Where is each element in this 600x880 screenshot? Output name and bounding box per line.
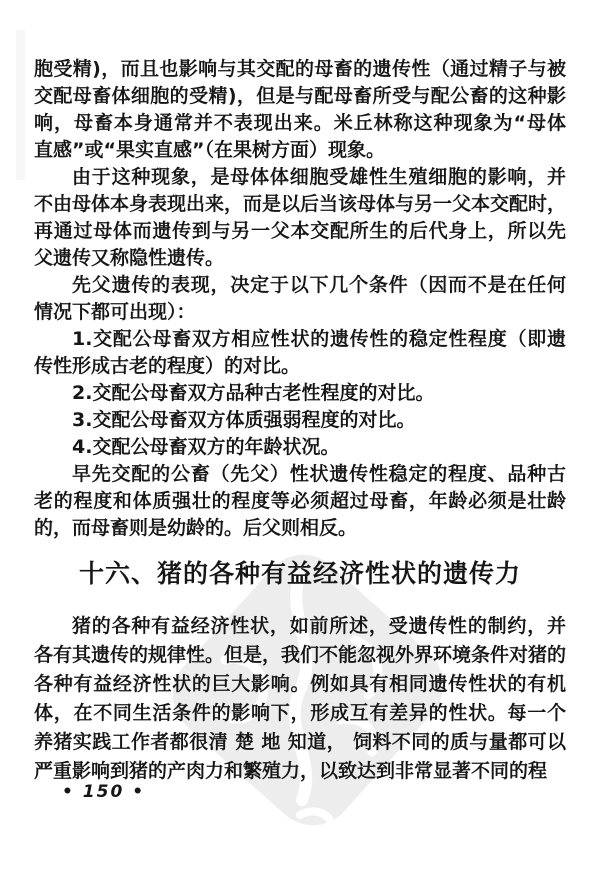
text-line: 父遗传又称隐性遗传。 bbox=[34, 245, 566, 272]
text-line: 再通过母体而遗传到与另一父本交配所生的后代身上，所以先 bbox=[34, 218, 566, 245]
text-line: 各有其遗传的规律性。但是，我们不能忽视外界环境条件对猪的 bbox=[34, 641, 566, 670]
text-line: 的，而母畜则是幼龄的。后父则相反。 bbox=[34, 515, 566, 542]
body-text-upper: 胞受精)，而且也影响与其交配的母畜的遗传性（通过精子与被 交配母畜体细胞的受精)… bbox=[34, 56, 566, 542]
text-line: 由于这种现象，是母体体细胞受雄性生殖细胞的影响，并 bbox=[34, 164, 566, 191]
list-item-line: 传性形成古老的程度）的对比。 bbox=[34, 353, 566, 380]
text-line: 先父遗传的表现，决定于以下几个条件（因而不是在任何 bbox=[34, 272, 566, 299]
list-item-line: 2.交配公母畜双方品种古老性程度的对比。 bbox=[34, 380, 566, 407]
page-number: • 150 • bbox=[62, 782, 145, 802]
text-line: 不由母体本身表现出来，而是以后当该母体与另一父本交配时， bbox=[34, 191, 566, 218]
text-line: 老的程度和体质强壮的程度等必须超过母畜，年龄必须是壮龄 bbox=[34, 488, 566, 515]
text-line: 早先交配的公畜（先父）性状遗传性稳定的程度、品种古 bbox=[34, 461, 566, 488]
text-line: 直感”或“果实直感”（在果树方面）现象。 bbox=[34, 137, 566, 164]
list-item-line: 3.交配公母畜双方体质强弱程度的对比。 bbox=[34, 407, 566, 434]
section-heading: 十六、猪的各种有益经济性状的遗传力 bbox=[34, 554, 566, 590]
list-item-line: 1.交配公母畜双方相应性状的遗传性的稳定性程度（即遗 bbox=[34, 326, 566, 353]
list-item-line: 4.交配公母畜双方的年龄状况。 bbox=[34, 434, 566, 461]
text-line: 胞受精)，而且也影响与其交配的母畜的遗传性（通过精子与被 bbox=[34, 56, 566, 83]
text-line: 响，母畜本身通常并不表现出来。米丘林称这种现象为“母体 bbox=[34, 110, 566, 137]
text-layer: 胞受精)，而且也影响与其交配的母畜的遗传性（通过精子与被 交配母畜体细胞的受精)… bbox=[0, 0, 600, 880]
text-line: 体，在不同生活条件的影响下，形成互有差异的性状。每一个 bbox=[34, 699, 566, 728]
text-line: 交配母畜体细胞的受精)，但是与配母畜所受与配公畜的这种影 bbox=[34, 83, 566, 110]
text-line: 猪的各种有益经济性状，如前所述，受遗传性的制约，并 bbox=[34, 612, 566, 641]
body-text-lower: 猪的各种有益经济性状，如前所述，受遗传性的制约，并 各有其遗传的规律性。但是，我… bbox=[34, 612, 566, 786]
text-line: 情况下都可出现）： bbox=[34, 299, 566, 326]
book-page: 胞受精)，而且也影响与其交配的母畜的遗传性（通过精子与被 交配母畜体细胞的受精)… bbox=[0, 0, 600, 880]
text-line: 各种有益经济性状的巨大影响。例如具有相同遗传性状的有机 bbox=[34, 670, 566, 699]
text-line: 养猪实践工作者都很清 楚 地 知道， 饲料不同的质与量都可以 bbox=[34, 728, 566, 757]
